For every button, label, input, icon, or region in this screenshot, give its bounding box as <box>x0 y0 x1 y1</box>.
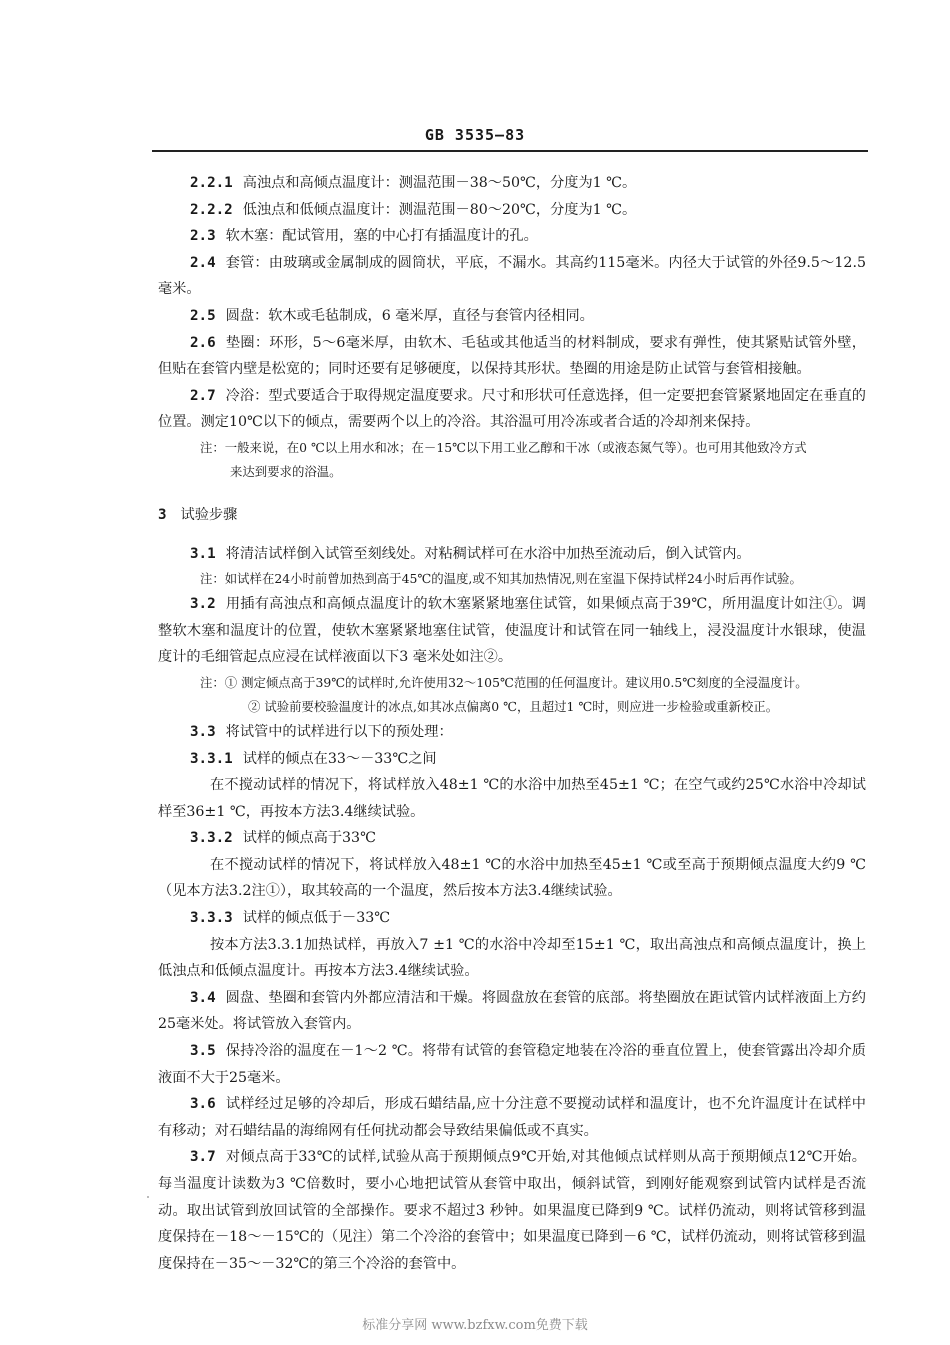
clause-2-5: 2.5圆盘：软木或毛毡制成，6 毫米厚，直径与套管内径相同。 <box>158 303 866 330</box>
clause-text: 试样的倾点在33～－33℃之间 <box>243 751 437 767</box>
clause-text: 圆盘：软木或毛毡制成，6 毫米厚，直径与套管内径相同。 <box>226 308 594 324</box>
clause-text: 低浊点和低倾点温度计：测温范围－80～20℃，分度为1 ℃。 <box>243 202 637 218</box>
note-3-2-b: ② 试验前要校验温度计的冰点,如其冰点偏离0 ℃，且超过1 ℃时，则应进一步检验… <box>158 695 866 719</box>
clause-2-3: 2.3软木塞：配试管用，塞的中心打有插温度计的孔。 <box>158 223 866 250</box>
clause-text: 试样的倾点高于33℃ <box>243 830 376 846</box>
clause-text: 将清洁试样倒入试管至刻线处。对粘稠试样可在水浴中加热至流动后，倒入试管内。 <box>226 546 751 562</box>
clause-text: 软木塞：配试管用，塞的中心打有插温度计的孔。 <box>226 228 538 244</box>
section-3-heading: 3试验步骤 <box>158 502 866 529</box>
clause-number: 2.2.2 <box>190 202 233 218</box>
clause-number: 3.1 <box>190 546 216 562</box>
section-title: 试验步骤 <box>181 507 238 523</box>
watermark-footer: 标准分享网 www.bzfxw.com免费下载 <box>0 1314 950 1333</box>
clause-2-7: 2.7冷浴：型式要适合于取得规定温度要求。尺寸和形状可任意选择，但一定要把套管紧… <box>158 383 866 436</box>
clause-text: 垫圈：环形，5～6毫米厚，由软木、毛毡或其他适当的材料制成，要求有弹性，使其紧贴… <box>158 335 866 378</box>
clause-3-3-2: 3.3.2试样的倾点高于33℃ <box>158 825 866 852</box>
clause-text: 套管：由玻璃或金属制成的圆筒状，平底，不漏水。其高约115毫米。内径大于试管的外… <box>158 255 866 298</box>
clause-number: 2.5 <box>190 308 216 324</box>
clause-2-2-1: 2.2.1高浊点和高倾点温度计：测温范围－38～50℃，分度为1 ℃。 <box>158 170 866 197</box>
section-number: 3 <box>158 507 167 523</box>
clause-number: 2.4 <box>190 255 216 271</box>
clause-3-3-3: 3.3.3试样的倾点低于－33℃ <box>158 905 866 932</box>
note-2-7-line2: 来达到要求的浴温。 <box>158 460 866 484</box>
clause-3-3-1-body: 在不搅动试样的情况下，将试样放入48±1 ℃的水浴中加热至45±1 ℃；在空气或… <box>158 772 866 825</box>
clause-text: 高浊点和高倾点温度计：测温范围－38～50℃，分度为1 ℃。 <box>243 175 637 191</box>
clause-3-6: 3.6试样经过足够的冷却后，形成石蜡结晶,应十分注意不要搅动试样和温度计，也不允… <box>158 1091 866 1144</box>
note-3-1: 注：如试样在24小时前曾加热到高于45℃的温度,或不知其加热情况,则在室温下保持… <box>158 567 866 591</box>
clause-number: 2.3 <box>190 228 216 244</box>
clause-3-3: 3.3将试管中的试样进行以下的预处理： <box>158 719 866 746</box>
clause-text: 试样的倾点低于－33℃ <box>243 910 390 926</box>
clause-number: 3.2 <box>190 596 216 612</box>
clause-number: 2.2.1 <box>190 175 233 191</box>
clause-text: 用插有高浊点和高倾点温度计的软木塞紧紧地塞住试管，如果倾点高于39℃，所用温度计… <box>158 596 866 665</box>
clause-number: 3.7 <box>190 1149 216 1165</box>
clause-text: 圆盘、垫圈和套管内外都应清洁和干燥。将圆盘放在套管的底部。将垫圈放在距试管内试样… <box>158 990 866 1033</box>
clause-number: 3.6 <box>190 1096 216 1112</box>
clause-3-3-1: 3.3.1试样的倾点在33～－33℃之间 <box>158 746 866 773</box>
clause-number: 3.5 <box>190 1043 216 1059</box>
clause-number: 3.3 <box>190 724 216 740</box>
scan-speck <box>147 1196 149 1198</box>
clause-number: 3.3.1 <box>190 751 233 767</box>
clause-text: 冷浴：型式要适合于取得规定温度要求。尺寸和形状可任意选择，但一定要把套管紧紧地固… <box>158 388 866 431</box>
clause-number: 2.7 <box>190 388 216 404</box>
clause-number: 3.3.3 <box>190 910 233 926</box>
clause-2-6: 2.6垫圈：环形，5～6毫米厚，由软木、毛毡或其他适当的材料制成，要求有弹性，使… <box>158 330 866 383</box>
clause-text: 将试管中的试样进行以下的预处理： <box>226 724 453 740</box>
clause-3-3-3-body: 按本方法3.3.1加热试样，再放入7 ±1 ℃的水浴中冷却至15±1 ℃，取出高… <box>158 932 866 985</box>
clause-3-3-2-body: 在不搅动试样的情况下，将试样放入48±1 ℃的水浴中加热至45±1 ℃或至高于预… <box>158 852 866 905</box>
clause-3-1: 3.1将清洁试样倒入试管至刻线处。对粘稠试样可在水浴中加热至流动后，倒入试管内。 <box>158 541 866 568</box>
clause-3-4: 3.4圆盘、垫圈和套管内外都应清洁和干燥。将圆盘放在套管的底部。将垫圈放在距试管… <box>158 985 866 1038</box>
clause-text: 试样经过足够的冷却后，形成石蜡结晶,应十分注意不要搅动试样和温度计，也不允许温度… <box>158 1096 866 1139</box>
clause-3-7: 3.7对倾点高于33℃的试样,试验从高于预期倾点9℃开始,对其他倾点试样则从高于… <box>158 1144 866 1277</box>
header-rule <box>152 150 868 152</box>
document-body: 2.2.1高浊点和高倾点温度计：测温范围－38～50℃，分度为1 ℃。 2.2.… <box>158 170 866 1277</box>
standard-code-header: GB 3535—83 <box>0 126 950 144</box>
clause-text: 对倾点高于33℃的试样,试验从高于预期倾点9℃开始,对其他倾点试样则从高于预期倾… <box>158 1149 866 1271</box>
note-2-7-line1: 注：一般来说，在0 ℃以上用水和冰；在－15℃以下用工业乙醇和干冰（或液态氮气等… <box>158 436 866 460</box>
clause-text: 保持冷浴的温度在－1～2 ℃。将带有试管的套管稳定地装在冷浴的垂直位置上，使套管… <box>158 1043 866 1086</box>
clause-number: 3.4 <box>190 990 216 1006</box>
note-3-2-a: 注：① 测定倾点高于39℃的试样时,允许使用32～105℃范围的任何温度计。建议… <box>158 671 866 695</box>
clause-3-2: 3.2用插有高浊点和高倾点温度计的软木塞紧紧地塞住试管，如果倾点高于39℃，所用… <box>158 591 866 671</box>
clause-2-2-2: 2.2.2低浊点和低倾点温度计：测温范围－80～20℃，分度为1 ℃。 <box>158 197 866 224</box>
clause-3-5: 3.5保持冷浴的温度在－1～2 ℃。将带有试管的套管稳定地装在冷浴的垂直位置上，… <box>158 1038 866 1091</box>
clause-2-4: 2.4套管：由玻璃或金属制成的圆筒状，平底，不漏水。其高约115毫米。内径大于试… <box>158 250 866 303</box>
clause-number: 2.6 <box>190 335 216 351</box>
clause-number: 3.3.2 <box>190 830 233 846</box>
